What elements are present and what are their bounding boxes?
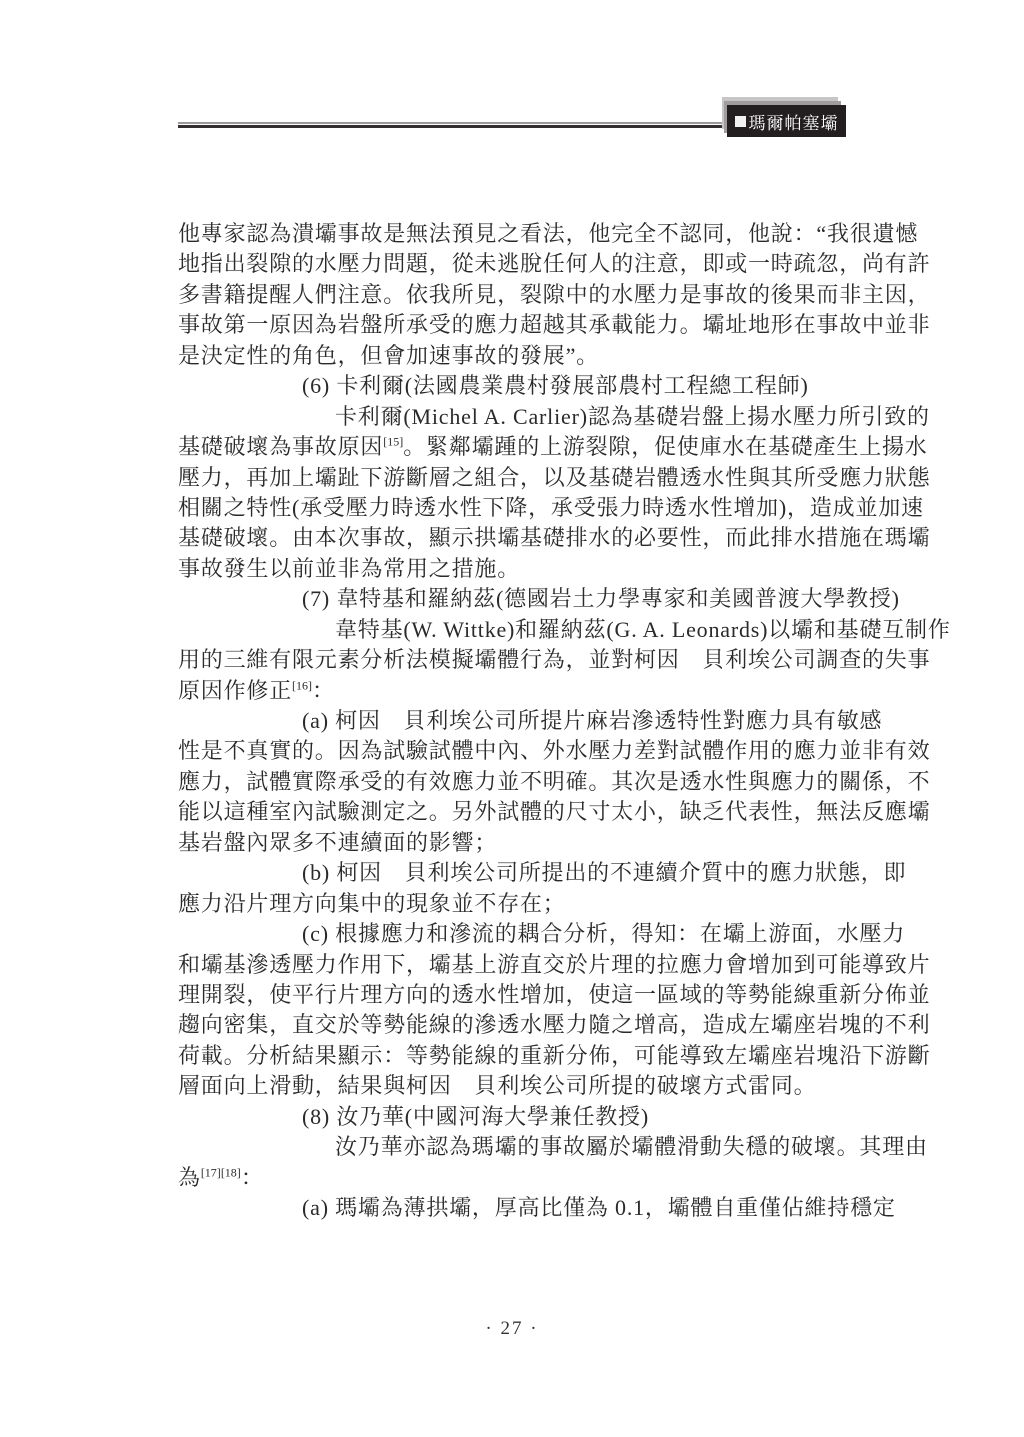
text-line: 性是不真實的。因為試驗試體中內、外水壓力差對試體作用的應力並非有效 bbox=[178, 736, 858, 766]
text-line: 是決定性的角色，但會加速事故的發展”。 bbox=[178, 341, 858, 371]
title-tab: 瑪爾帕塞壩 bbox=[727, 105, 846, 137]
text-line: 卡利爾(Michel A. Carlier)認為基礎岩盤上揚水壓力所引致的 bbox=[178, 402, 858, 432]
header-rule bbox=[178, 122, 734, 128]
text-line: 原因作修正[16]： bbox=[178, 676, 858, 706]
text-line: 為[17][18]： bbox=[178, 1163, 858, 1193]
document-page: 瑪爾帕塞壩 他專家認為潰壩事故是無法預見之看法，他完全不認同，他說：“我很遺憾地… bbox=[0, 0, 1024, 1437]
text-line: 事故第一原因為岩盤所承受的應力超越其承載能力。壩址地形在事故中並非 bbox=[178, 310, 858, 340]
text-line: (c) 根據應力和滲流的耦合分析，得知：在壩上游面，水壓力 bbox=[178, 919, 858, 949]
text-line: 理開裂，使平行片理方向的透水性增加，使這一區域的等勢能線重新分佈並 bbox=[178, 980, 858, 1010]
text-line: 壓力，再加上壩趾下游斷層之組合，以及基礎岩體透水性與其所受應力狀態 bbox=[178, 463, 858, 493]
text-line: 應力沿片理方向集中的現象並不存在； bbox=[178, 889, 858, 919]
text-line: 層面向上滑動，結果與柯因 貝利埃公司所提的破壞方式雷同。 bbox=[178, 1071, 858, 1101]
text-line: (6) 卡利爾(法國農業農村發展部農村工程總工程師) bbox=[178, 371, 858, 401]
page-number: · 27 · bbox=[0, 1318, 1024, 1340]
text-line: 多書籍提醒人們注意。依我所見，裂隙中的水壓力是事故的後果而非主因， bbox=[178, 280, 858, 310]
text-line: 韋特基(W. Wittke)和羅納茲(G. A. Leonards)以壩和基礎互… bbox=[178, 615, 858, 645]
text-line: 用的三維有限元素分析法模擬壩體行為，並對柯因 貝利埃公司調查的失事 bbox=[178, 645, 858, 675]
text-line: (b) 柯因 貝利埃公司所提出的不連續介質中的應力狀態，即 bbox=[178, 858, 858, 888]
text-line: 相關之特性(承受壓力時透水性下降，承受張力時透水性增加)，造成並加速 bbox=[178, 493, 858, 523]
title-tab-label: 瑪爾帕塞壩 bbox=[749, 109, 839, 134]
square-bullet-icon bbox=[735, 116, 746, 127]
text-line: (8) 汝乃華(中國河海大學兼任教授) bbox=[178, 1102, 858, 1132]
text-line: 基礎破壞為事故原因[15]。緊鄰壩踵的上游裂隙，促使庫水在基礎產生上揚水 bbox=[178, 432, 858, 462]
text-line: 基岩盤內眾多不連續面的影響； bbox=[178, 828, 858, 858]
text-line: (7) 韋特基和羅納茲(德國岩土力學專家和美國普渡大學教授) bbox=[178, 584, 858, 614]
text-line: 他專家認為潰壩事故是無法預見之看法，他完全不認同，他說：“我很遺憾 bbox=[178, 219, 858, 249]
text-line: 汝乃華亦認為瑪壩的事故屬於壩體滑動失穩的破壞。其理由 bbox=[178, 1132, 858, 1162]
text-line: 地指出裂隙的水壓力問題，從未逃脫任何人的注意，即或一時疏忽，尚有許 bbox=[178, 249, 858, 279]
text-line: 基礎破壞。由本次事故，顯示拱壩基礎排水的必要性，而此排水措施在瑪壩 bbox=[178, 523, 858, 553]
text-line: 應力，試體實際承受的有效應力並不明確。其次是透水性與應力的關係，不 bbox=[178, 767, 858, 797]
text-line: 荷載。分析結果顯示：等勢能線的重新分佈，可能導致左壩座岩塊沿下游斷 bbox=[178, 1041, 858, 1071]
text-line: (a) 柯因 貝利埃公司所提片麻岩滲透特性對應力具有敏感 bbox=[178, 706, 858, 736]
body-text: 他專家認為潰壩事故是無法預見之看法，他完全不認同，他說：“我很遺憾地指出裂隙的水… bbox=[178, 219, 858, 1223]
text-line: 趨向密集，直交於等勢能線的滲透水壓力隨之增高，造成左壩座岩塊的不利 bbox=[178, 1010, 858, 1040]
text-line: 能以這種室內試驗測定之。另外試體的尺寸太小，缺乏代表性，無法反應壩 bbox=[178, 797, 858, 827]
text-line: 和壩基滲透壓力作用下，壩基上游直交於片理的拉應力會增加到可能導致片 bbox=[178, 950, 858, 980]
header-rule-thick bbox=[178, 125, 734, 128]
text-line: 事故發生以前並非為常用之措施。 bbox=[178, 554, 858, 584]
text-line: (a) 瑪壩為薄拱壩，厚高比僅為 0.1，壩體自重僅佔維持穩定 bbox=[178, 1193, 858, 1223]
